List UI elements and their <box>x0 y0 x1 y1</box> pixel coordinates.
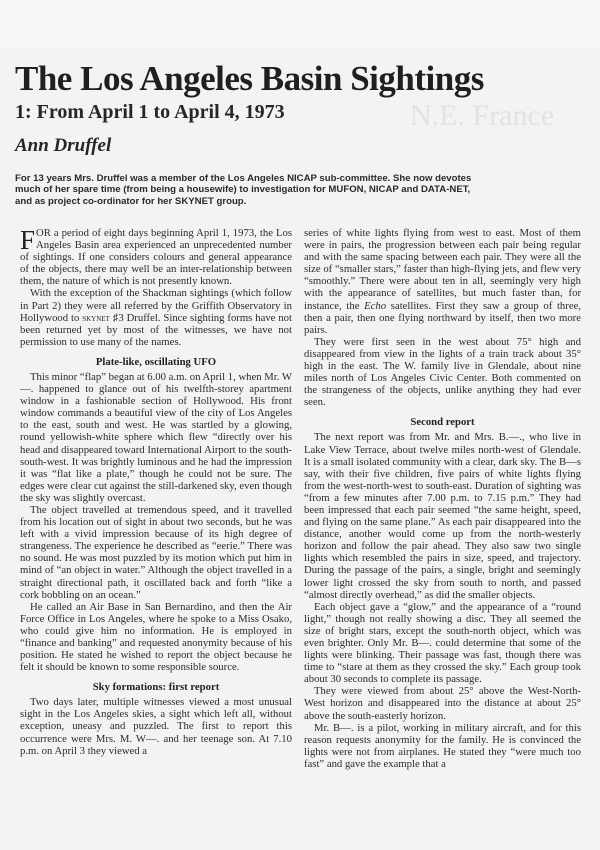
article-title: The Los Angeles Basin Sightings <box>15 60 484 98</box>
bleed-heading: N.E. France <box>410 99 595 133</box>
paragraph: The next report was from Mr. and Mrs. B.… <box>304 431 581 600</box>
paragraph: Each object gave a “glow,” and the appea… <box>304 601 581 686</box>
paragraph: With the exception of the Shackman sight… <box>20 287 292 347</box>
paragraph: Mr. B—. is a pilot, working in military … <box>304 722 581 770</box>
author-byline: Ann Druffel <box>15 135 111 157</box>
paragraph: FOR a period of eight days beginning Apr… <box>20 227 292 287</box>
paragraph: series of white lights flying from west … <box>304 227 581 336</box>
paragraph: The object travelled at tremendous speed… <box>20 504 292 601</box>
paragraph: They were viewed from about 25° above th… <box>304 685 581 721</box>
right-column: series of white lights flying from west … <box>304 227 581 770</box>
section-heading: Second report <box>304 416 581 428</box>
paragraph: This minor “flap” began at 6.00 a.m. on … <box>20 371 292 504</box>
section-heading: Plate-like, oscillating UFO <box>20 356 292 368</box>
page: N.E. France The Los Angeles Basin Sighti… <box>0 0 600 850</box>
drop-cap: F <box>20 229 35 251</box>
article-subtitle: 1: From April 1 to April 4, 1973 <box>15 100 285 124</box>
section-heading: Sky formations: first report <box>20 681 292 693</box>
skynet-small-caps: skynet <box>82 312 110 324</box>
author-intro: For 13 years Mrs. Druffel was a member o… <box>15 173 480 207</box>
paragraph: They were first seen in the west about 7… <box>304 336 581 409</box>
echo-italic: Echo <box>364 300 386 312</box>
left-column: FOR a period of eight days beginning Apr… <box>20 227 292 757</box>
paragraph: Two days later, multiple witnesses viewe… <box>20 696 292 756</box>
paragraph-text: OR a period of eight days beginning Apri… <box>20 227 292 287</box>
paragraph: He called an Air Base in San Bernardino,… <box>20 601 292 674</box>
